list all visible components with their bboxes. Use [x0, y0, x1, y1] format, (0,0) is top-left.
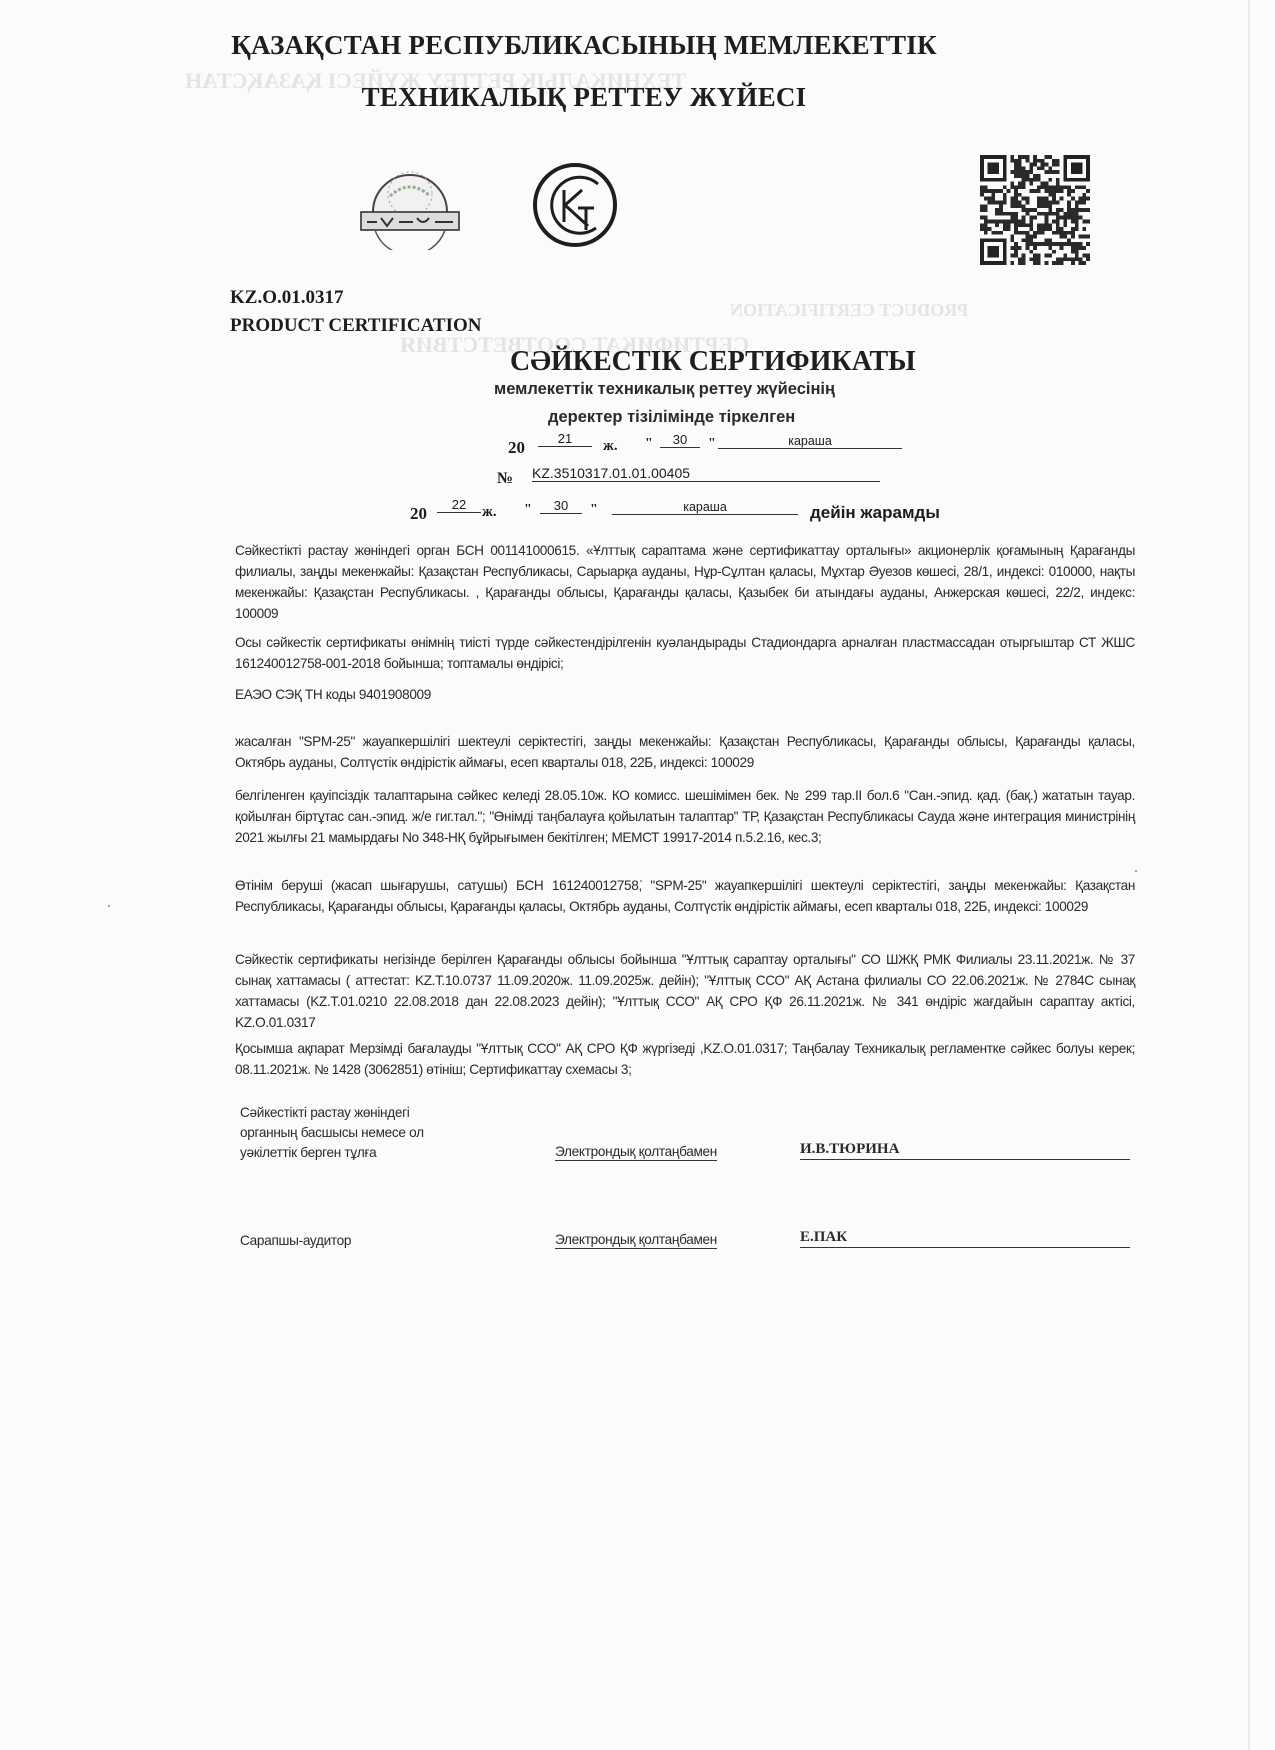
scan-speck	[640, 880, 642, 882]
bleed-through-text: PRODUCT CERTIFICATION	[730, 300, 968, 321]
date-year-suffix: ж.	[482, 504, 497, 521]
date-year-suffix: ж.	[603, 438, 618, 455]
date-month: караша	[612, 500, 798, 515]
signatory-role: уәкілеттік берген тұлға	[240, 1144, 376, 1162]
accreditation-emblem-icon	[355, 160, 465, 250]
signature-method: Электрондық қолтаңбамен	[555, 1232, 717, 1249]
basis-paragraph: Сәйкестік сертификаты негізінде берілген…	[235, 949, 1135, 1033]
issuer-code: KZ.O.01.0317	[230, 287, 343, 309]
date-month: караша	[718, 434, 902, 449]
certificate-title: СӘЙКЕСТІК СЕРТИФИКАТЫ	[510, 346, 916, 378]
requirements-paragraph: белгіленген қауіпсіздік талаптарына сәйк…	[235, 785, 1135, 848]
date-day: 30	[660, 432, 700, 448]
header-title-line1: ҚАЗАҚСТАН РЕСПУБЛИКАСЫНЫҢ МЕМЛЕКЕТТІК	[54, 30, 1114, 61]
certificate-subtitle: деректер тізілімінде тіркелген	[548, 408, 795, 427]
scan-speck	[1135, 870, 1137, 872]
scan-page-edge	[1248, 0, 1250, 1750]
signatory-role: Сарапшы-аудитор	[240, 1232, 351, 1250]
product-paragraph: Осы сәйкестік сертификаты өнімнің тиісті…	[235, 632, 1135, 674]
date-century: 20	[508, 438, 525, 458]
quote: "	[524, 502, 532, 518]
quote: "	[708, 436, 716, 452]
signatory-role: Сәйкестікті растау жөніндегі	[240, 1104, 410, 1122]
tn-code: ЕАЭО СЭҚ ТН коды 9401908009	[235, 684, 1135, 705]
signatory-name: Е.ПАК	[800, 1229, 1130, 1248]
certificate-subtitle: мемлекеттік техникалық реттеу жүйесінің	[494, 380, 835, 399]
signature-method: Электрондық қолтаңбамен	[555, 1144, 717, 1161]
signatory-name: И.В.ТЮРИНА	[800, 1141, 1130, 1160]
header-title-line2: ТЕХНИКАЛЫҚ РЕТТЕУ ЖҮЙЕСІ	[54, 82, 1114, 113]
date-day: 30	[540, 498, 582, 514]
date-century: 20	[410, 504, 427, 524]
quote: "	[645, 436, 653, 452]
date-year: 21	[538, 431, 592, 447]
date-year: 22	[437, 497, 481, 513]
qr-code-icon[interactable]	[980, 155, 1090, 265]
number-label: №	[497, 470, 513, 488]
certification-body-paragraph: Сәйкестікті растау жөніндегі орган БСН 0…	[235, 540, 1135, 624]
issuer-label: PRODUCT CERTIFICATION	[230, 315, 481, 337]
certificate-number: KZ.3510317.01.01.00405	[532, 465, 880, 482]
additional-info-paragraph: Қосымша ақпарат Мерзімді бағалауды "Ұлтт…	[235, 1038, 1135, 1080]
manufacturer-paragraph: жасалған "SPM-25" жауапкершілігі шектеул…	[235, 731, 1135, 773]
scan-speck	[108, 905, 110, 907]
quote: "	[590, 502, 598, 518]
applicant-paragraph: Өтінім беруші (жасап шығарушы, сатушы) Б…	[235, 875, 1135, 917]
valid-until-suffix: дейін жарамды	[810, 503, 940, 523]
kt-conformity-mark-icon	[530, 160, 620, 250]
signatory-role: органның басшысы немесе ол	[240, 1124, 424, 1142]
